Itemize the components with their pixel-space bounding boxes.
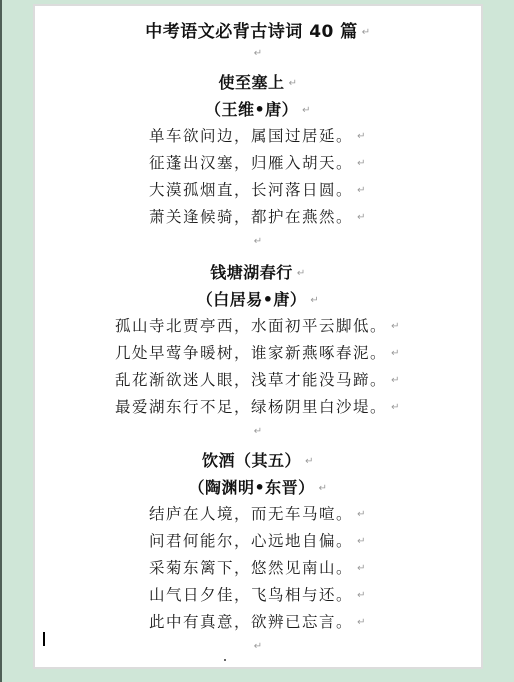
poem-line-text: 征蓬出汉塞，归雁入胡天。 xyxy=(149,154,353,172)
poem-line: 征蓬出汉塞，归雁入胡天。↵ xyxy=(35,151,481,173)
poem-line: 单车欲问边，属国过居延。↵ xyxy=(35,124,481,146)
paragraph-mark-icon: ↵ xyxy=(357,536,367,547)
poem-line-text: 采菊东篱下，悠然见南山。 xyxy=(149,559,353,577)
paragraph-mark-icon: ↵ xyxy=(297,268,306,279)
paragraph-mark-icon: ↵ xyxy=(357,131,367,142)
poem-line: 萧关逢候骑，都护在燕然。↵ xyxy=(35,205,481,227)
poem-author: （陶渊明•东晋）↵ xyxy=(35,475,481,498)
poem-title: 使至塞上↵ xyxy=(35,70,481,93)
poem-line: 采菊东篱下，悠然见南山。↵ xyxy=(35,556,481,578)
poem-line-text: 萧关逢候骑，都护在燕然。 xyxy=(149,208,353,226)
paragraph-mark-icon: ↵ xyxy=(254,641,262,652)
page-break-dot xyxy=(224,659,226,661)
paragraph-mark-icon: ↵ xyxy=(319,483,328,494)
poem-line-text: 最爱湖东行不足，绿杨阴里白沙堤。 xyxy=(115,398,387,416)
empty-paragraph: ↵ xyxy=(35,426,481,437)
poem-line: 大漠孤烟直，长河落日圆。↵ xyxy=(35,178,481,200)
poem-line-text: 此中有真意，欲辨已忘言。 xyxy=(149,613,353,631)
document-title: 中考语文必背古诗词 40 篇↵ xyxy=(35,17,481,42)
poem-author: （白居易•唐）↵ xyxy=(35,287,481,310)
poem-line: 结庐在人境，而无车马喧。↵ xyxy=(35,502,481,524)
poem-author: （王维•唐）↵ xyxy=(35,97,481,120)
document-title-text: 中考语文必背古诗词 40 篇 xyxy=(145,22,358,42)
paragraph-mark-icon: ↵ xyxy=(289,78,298,89)
paragraph-mark-icon: ↵ xyxy=(357,509,367,520)
poem-line: 问君何能尔，心远地自偏。↵ xyxy=(35,529,481,551)
poem-line-text: 结庐在人境，而无车马喧。 xyxy=(149,505,353,523)
paragraph-mark-icon: ↵ xyxy=(310,295,319,306)
poem-line: 最爱湖东行不足，绿杨阴里白沙堤。↵ xyxy=(35,395,481,417)
paragraph-mark-icon: ↵ xyxy=(391,321,401,332)
poem-line: 几处早莺争暖树，谁家新燕啄春泥。↵ xyxy=(35,341,481,363)
poem-line: 孤山寺北贾亭西，水面初平云脚低。↵ xyxy=(35,314,481,336)
window-left-edge xyxy=(0,0,2,682)
poem-title-text: 钱塘湖春行 xyxy=(210,263,293,282)
poem-line-text: 单车欲问边，属国过居延。 xyxy=(149,127,353,145)
paragraph-mark-icon: ↵ xyxy=(357,563,367,574)
poem-title-text: 使至塞上 xyxy=(219,73,285,92)
poem-line-text: 大漠孤烟直，长河落日圆。 xyxy=(149,181,353,199)
poem-title: 饮酒（其五）↵ xyxy=(35,448,481,471)
paragraph-mark-icon: ↵ xyxy=(305,456,314,467)
poem-title: 钱塘湖春行↵ xyxy=(35,260,481,283)
paragraph-mark-icon: ↵ xyxy=(357,185,367,196)
paragraph-mark-icon: ↵ xyxy=(362,27,371,38)
text-cursor-icon xyxy=(43,632,45,646)
empty-paragraph: ↵ xyxy=(35,236,481,247)
poem-title-text: 饮酒（其五） xyxy=(202,451,301,470)
poem-line-text: 山气日夕佳，飞鸟相与还。 xyxy=(149,586,353,604)
paragraph-mark-icon: ↵ xyxy=(302,105,311,116)
paragraph-mark-icon: ↵ xyxy=(254,48,262,59)
paragraph-mark-icon: ↵ xyxy=(357,212,367,223)
poem-line-text: 乱花渐欲迷人眼，浅草才能没马蹄。 xyxy=(115,371,387,389)
paragraph-mark-icon: ↵ xyxy=(254,236,262,247)
poem-line-text: 问君何能尔，心远地自偏。 xyxy=(149,532,353,550)
poem-author-text: （白居易•唐） xyxy=(197,290,307,309)
empty-paragraph: ↵ xyxy=(35,48,481,59)
paragraph-mark-icon: ↵ xyxy=(357,617,367,628)
paragraph-mark-icon: ↵ xyxy=(391,375,401,386)
poem-line-text: 孤山寺北贾亭西，水面初平云脚低。 xyxy=(115,317,387,335)
poem-line: 此中有真意，欲辨已忘言。↵ xyxy=(35,610,481,632)
poem-author-text: （陶渊明•东晋） xyxy=(188,478,314,497)
poem-line: 山气日夕佳，飞鸟相与还。↵ xyxy=(35,583,481,605)
poem-line-text: 几处早莺争暖树，谁家新燕啄春泥。 xyxy=(115,344,387,362)
empty-paragraph: ↵ xyxy=(35,641,481,652)
paragraph-mark-icon: ↵ xyxy=(254,426,262,437)
paragraph-mark-icon: ↵ xyxy=(357,158,367,169)
document-page[interactable]: 中考语文必背古诗词 40 篇↵ ↵ 使至塞上↵ （王维•唐）↵ 单车欲问边，属国… xyxy=(35,6,481,667)
paragraph-mark-icon: ↵ xyxy=(391,348,401,359)
poem-author-text: （王维•唐） xyxy=(205,100,298,119)
poem-line: 乱花渐欲迷人眼，浅草才能没马蹄。↵ xyxy=(35,368,481,390)
paragraph-mark-icon: ↵ xyxy=(391,402,401,413)
paragraph-mark-icon: ↵ xyxy=(357,590,367,601)
